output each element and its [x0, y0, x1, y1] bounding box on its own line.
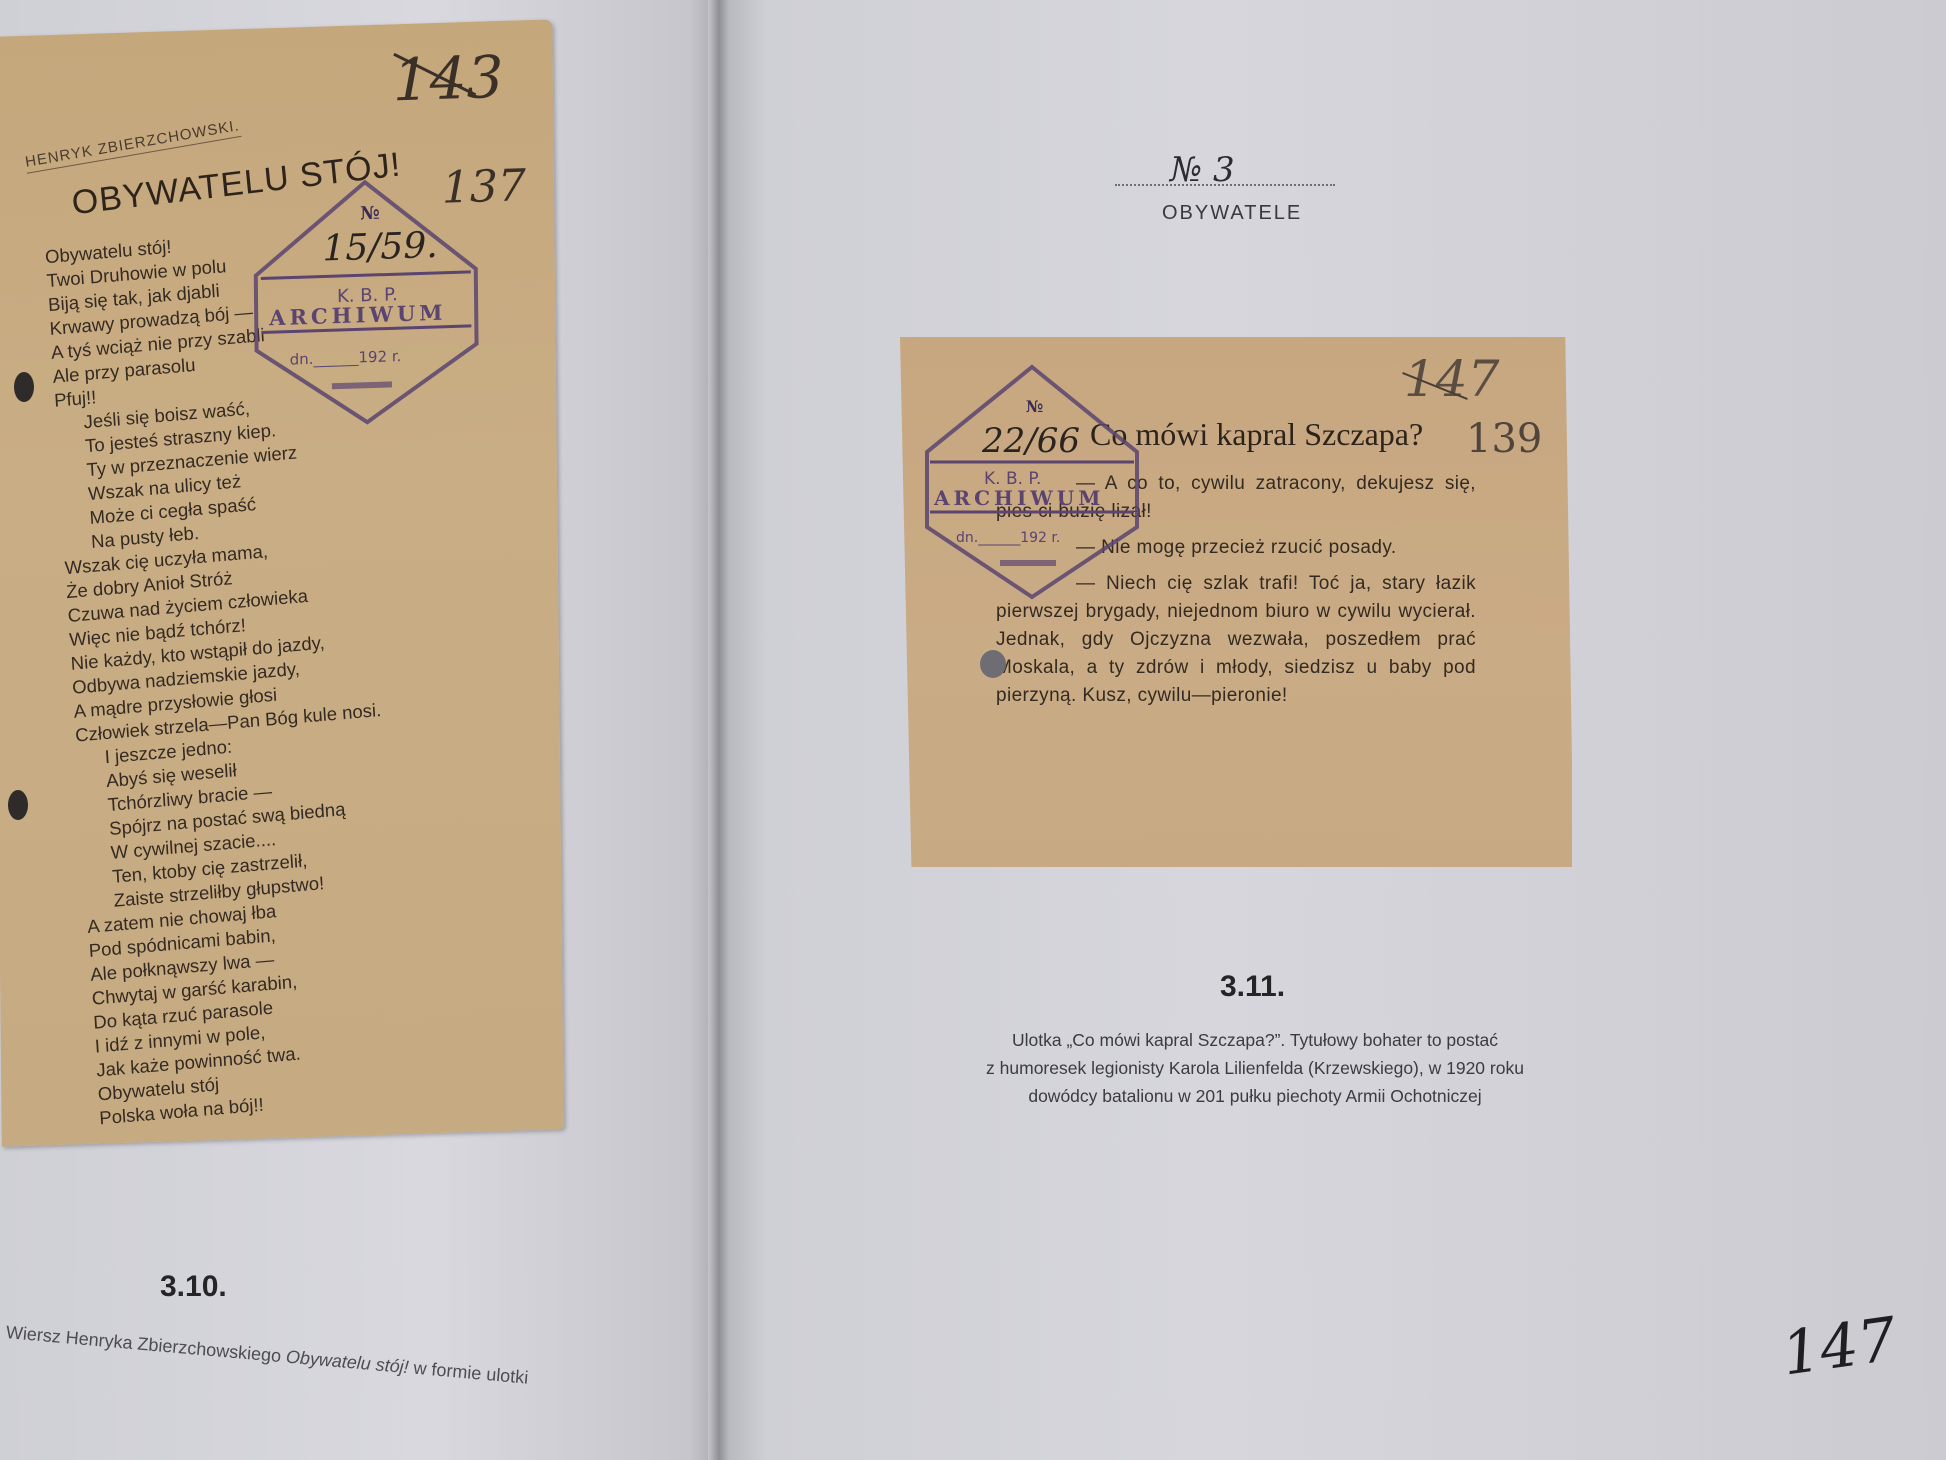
handwritten-number: 137: [442, 160, 527, 214]
chapter-title: OBYWATELE: [1162, 202, 1302, 225]
svg-text:dn.______192 r.: dn.______192 r.: [290, 347, 402, 370]
punch-hole: [980, 650, 1006, 678]
svg-text:15/59.: 15/59.: [322, 225, 438, 270]
figure-number: 3.10.: [160, 1270, 227, 1304]
svg-text:ARCHIWUM: ARCHIWUM: [268, 300, 447, 331]
svg-text:dn.______192 r.: dn.______192 r.: [956, 530, 1060, 546]
svg-text:22/66: 22/66: [981, 421, 1080, 461]
poem-author: HENRYK ZBIERZCHOWSKI.: [24, 117, 241, 174]
svg-text:№: №: [360, 203, 380, 225]
book-gutter: [708, 0, 730, 1460]
figure-caption: Ulotka „Co mówi kapral Szczapa?”. Tytuło…: [985, 1026, 1525, 1110]
archive-stamp-icon: № 22/66 K. B. P. ARCHIWUM dn.______192 r…: [922, 362, 1142, 602]
handwritten-number: 139: [1466, 416, 1542, 462]
svg-text:ARCHIWUM: ARCHIWUM: [933, 486, 1104, 510]
figure-number: 3.11.: [1220, 970, 1285, 1004]
punch-hole: [8, 790, 28, 820]
punch-hole: [14, 372, 34, 402]
dotted-divider: [1115, 184, 1335, 186]
book-spread: HENRYK ZBIERZCHOWSKI. OBYWATELU STÓJ! Ob…: [0, 0, 1946, 1460]
poem-leaflet: HENRYK ZBIERZCHOWSKI. OBYWATELU STÓJ! Ob…: [0, 19, 564, 1146]
svg-text:№: №: [1026, 397, 1043, 416]
